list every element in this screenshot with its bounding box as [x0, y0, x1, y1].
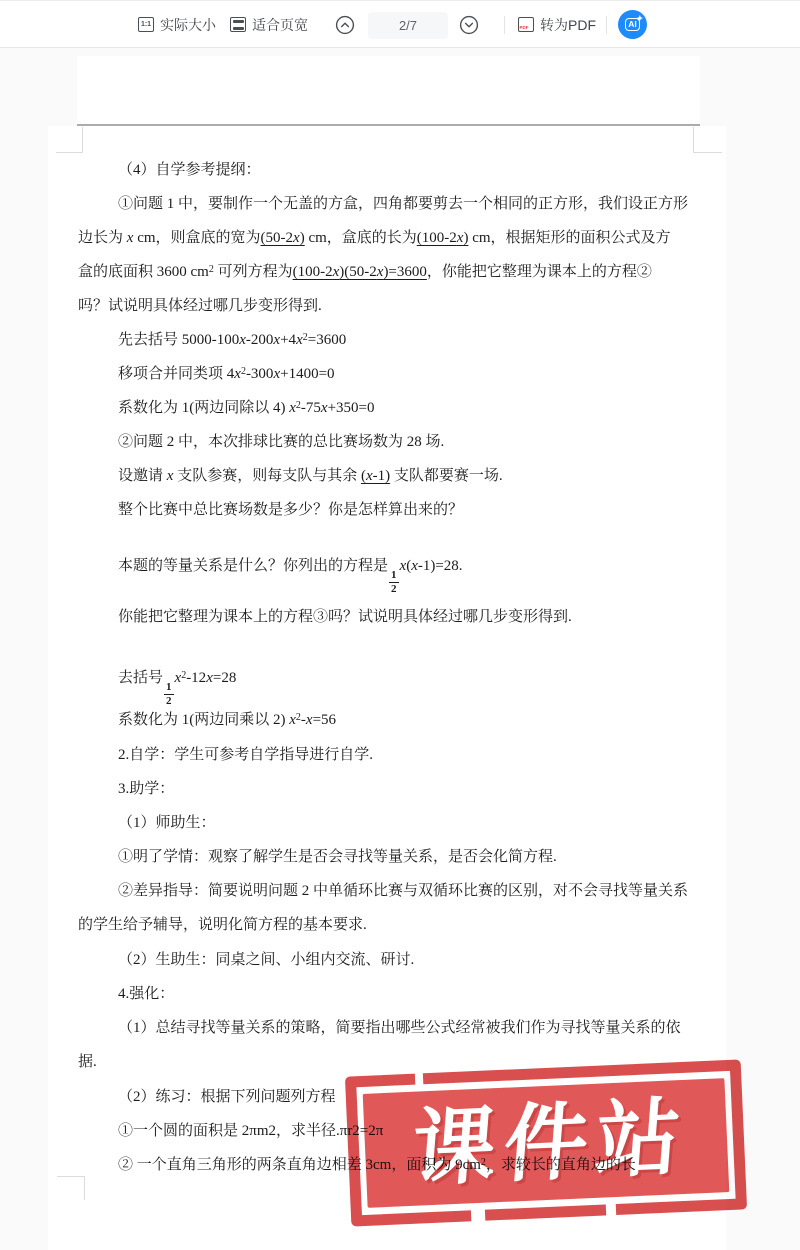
doc-line: 先去括号 5000-100x-200x+4x2=3600: [78, 323, 708, 357]
document-viewer[interactable]: （4）自学参考提纲：①问题 1 中，要制作一个无盖的方盒，四角都要剪去一个相同的…: [0, 48, 800, 1250]
doc-line: 2.自学：学生可参考自学指导进行自学.: [78, 738, 708, 772]
doc-line: （2）生助生：同桌之间、小组内交流、研讨.: [78, 943, 708, 977]
toolbar-divider: [606, 16, 607, 34]
doc-line: 移项合并同类项 4x2-300x+1400=0: [78, 357, 708, 391]
next-page-button[interactable]: [459, 15, 479, 35]
convert-pdf-label: 转为PDF: [540, 15, 596, 35]
page-1-bottom: [77, 56, 700, 125]
doc-line: 去括号12x2-12x=28: [78, 661, 708, 695]
toolbar-divider: [504, 16, 505, 34]
doc-line: 本题的等量关系是什么？你列出的方程是12x(x-1)=28.: [78, 549, 708, 583]
doc-line: ②问题 2 中，本次排球比赛的总比赛场数为 28 场.: [78, 425, 708, 459]
doc-line: 边长为 x cm，则盒底的宽为(50-2x) cm，盒底的长为(100-2x) …: [78, 221, 708, 255]
fit-width-label: 适合页宽: [252, 15, 308, 35]
page-indicator[interactable]: 2/7: [368, 12, 448, 39]
margin-mark: [693, 127, 694, 153]
doc-line: 你能把它整理为课本上的方程③吗？试说明具体经过哪几步变形得到.: [78, 600, 708, 634]
pdf-document-icon: PDF: [518, 17, 534, 32]
document-body: （4）自学参考提纲：①问题 1 中，要制作一个无盖的方盒，四角都要剪去一个相同的…: [78, 153, 708, 1182]
doc-line: 系数化为 1(两边同除以 4) x2-75x+350=0: [78, 391, 708, 425]
doc-line: 系数化为 1(两边同乘以 2) x2-x=56: [78, 703, 708, 737]
fit-page-width-icon: [230, 17, 246, 32]
doc-line: 的学生给予辅导，说明化简方程的基本要求.: [78, 908, 708, 942]
doc-line: 整个比赛中总比赛场数是多少？你是怎样算出来的？: [78, 493, 708, 527]
ai-assistant-button[interactable]: AI ✦: [618, 10, 647, 39]
margin-mark: [82, 127, 83, 153]
chevron-up-circle-icon: [335, 15, 355, 35]
doc-line: （1）师助生：: [78, 806, 708, 840]
stamp-body: 课件站: [363, 1078, 730, 1208]
chevron-down-circle-icon: [459, 15, 479, 35]
doc-line: 4.强化：: [78, 977, 708, 1011]
doc-line: 3.助学：: [78, 772, 708, 806]
doc-line: 盒的底面积 3600 cm2 可列方程为(100-2x)(50-2x)=3600…: [78, 255, 708, 289]
doc-line: ①明了学情：观察了解学生是否会寻找等量关系，是否会化简方程.: [78, 840, 708, 874]
one-to-one-icon: 1:1: [138, 17, 154, 32]
doc-line: （4）自学参考提纲：: [78, 153, 708, 187]
doc-line: ②差异指导：简要说明问题 2 中单循环比赛与双循环比赛的区别，对不会寻找等量关系: [78, 874, 708, 908]
doc-line: ①问题 1 中，要制作一个无盖的方盒，四角都要剪去一个相同的正方形，我们设正方形: [78, 187, 708, 221]
stamp-text: 课件站: [401, 1095, 691, 1192]
actual-size-label: 实际大小: [160, 15, 216, 35]
actual-size-button[interactable]: 1:1 实际大小: [138, 1, 216, 48]
viewer-toolbar: 1:1 实际大小 适合页宽 2/7 PDF 转为PDF AI ✦: [0, 0, 800, 48]
kejianzhan-stamp-watermark: 课件站: [345, 1059, 747, 1226]
doc-line: 吗？试说明具体经过哪几步变形得到.: [78, 289, 708, 323]
fit-width-button[interactable]: 适合页宽: [230, 1, 308, 48]
previous-page-button[interactable]: [335, 15, 355, 35]
doc-line: （1）总结寻找等量关系的策略，简要指出哪些公式经常被我们作为寻找等量关系的依: [78, 1011, 708, 1045]
ai-assistant-icon: AI ✦: [625, 18, 641, 31]
convert-to-pdf-button[interactable]: PDF 转为PDF: [518, 1, 596, 48]
doc-line: 设邀请 x 支队参赛，则每支队与其余 (x-1) 支队都要赛一场.: [78, 459, 708, 493]
